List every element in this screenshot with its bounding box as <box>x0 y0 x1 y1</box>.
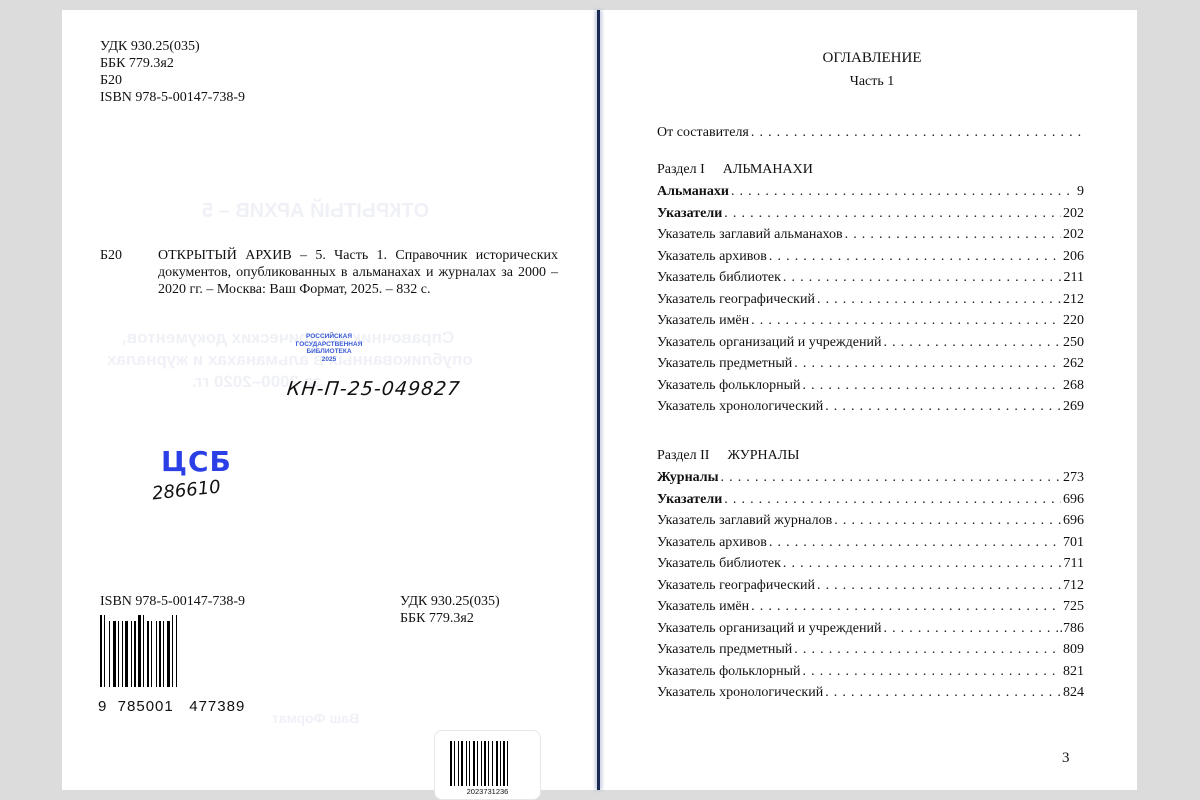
toc-entry-label: Указатели <box>657 492 722 508</box>
toc-entry[interactable]: Указатель организаций и учреждений250 <box>657 335 1084 351</box>
page-number: 3 <box>1062 750 1070 767</box>
toc-entry[interactable]: Указатель предметный262 <box>657 356 1084 372</box>
toc-entry[interactable]: Журналы273 <box>657 470 1084 486</box>
toc-entry-label: Указатель организаций и учреждений <box>657 335 881 351</box>
toc-section-heading: Раздел IIЖУРНАЛЫ <box>657 448 799 464</box>
toc-entry-label: Указатель архивов <box>657 535 767 551</box>
dot-leader <box>883 621 1057 637</box>
dot-leader <box>883 335 1061 351</box>
dot-leader <box>724 492 1061 508</box>
toc-section-heading: Раздел IАЛЬМАНАХИ <box>657 162 813 178</box>
toc-entry[interactable]: Указатель географический212 <box>657 292 1084 308</box>
toc-entry[interactable]: Указатели696 <box>657 492 1084 508</box>
isbn-bottom: ISBN 978-5-00147-738-9 <box>100 593 245 610</box>
dot-leader <box>803 664 1061 680</box>
toc-entry-label: Указатель организаций и учреждений <box>657 621 881 637</box>
classification-codes-bottom: УДК 930.25(035) ББК 779.3я2 <box>400 593 500 627</box>
stamp-line: РОССИЙСКАЯ <box>284 333 374 341</box>
dot-leader <box>794 356 1061 372</box>
toc-entry[interactable]: Указатель фольклорный821 <box>657 664 1084 680</box>
toc-part: Часть 1 <box>657 74 1087 90</box>
toc-entry-page: 250 <box>1063 335 1084 351</box>
toc-entry-label: Указатель имён <box>657 313 749 329</box>
toc-entry-label: Указатель предметный <box>657 356 792 372</box>
toc-entry-label: Указатель предметный <box>657 642 792 658</box>
dot-leader <box>721 470 1061 486</box>
toc-entry-label: Указатель хронологический <box>657 685 823 701</box>
toc-entry-page: 696 <box>1063 492 1084 508</box>
toc-entry-label: Указатель имён <box>657 599 749 615</box>
toc-entry[interactable]: Указатель географический712 <box>657 578 1084 594</box>
book-spread: УДК 930.25(035) ББК 779.3я2 Б20 ISBN 978… <box>62 10 1137 790</box>
toc-entry-page: 711 <box>1064 556 1084 572</box>
toc-entry[interactable]: Указатель заглавий журналов696 <box>657 513 1084 529</box>
toc-entry-page: 206 <box>1063 249 1084 265</box>
toc-entry[interactable]: Указатель фольклорный268 <box>657 378 1084 394</box>
dot-leader <box>794 642 1061 658</box>
toc-entry-page: 821 <box>1063 664 1084 680</box>
stamp-line: 2025 <box>284 356 374 364</box>
toc-entry[interactable]: Альманахи9 <box>657 184 1084 200</box>
dot-leader <box>834 513 1061 529</box>
isbn-barcode <box>100 612 250 687</box>
library-barcode-sticker: 2023731236 <box>434 730 541 800</box>
toc-title: ОГЛАВЛЕНИЕ <box>657 50 1087 67</box>
udk-code: УДК 930.25(035) <box>100 38 245 55</box>
toc-entry-label: От составителя <box>657 125 749 141</box>
toc-entry-label: Указатель библиотек <box>657 270 781 286</box>
toc-entry-label: Указатель географический <box>657 292 815 308</box>
author-mark: Б20 <box>100 72 245 89</box>
toc-entry-page: 220 <box>1063 313 1084 329</box>
toc-entry-page: 269 <box>1063 399 1084 415</box>
toc-entry[interactable]: Указатель архивов206 <box>657 249 1084 265</box>
toc-entry-page: .786 <box>1060 621 1085 637</box>
toc-entry[interactable]: Указатель имён220 <box>657 313 1084 329</box>
dot-leader <box>783 270 1062 286</box>
dot-leader <box>751 599 1061 615</box>
sticker-number: 2023731236 <box>435 787 540 796</box>
barcode-digits: 9 785001 477389 <box>98 698 245 715</box>
stamp-line: ГОСУДАРСТВЕННАЯ <box>284 341 374 349</box>
bbk-code-bottom: ББК 779.3я2 <box>400 610 500 627</box>
stamp-line: БИБЛИОТЕКА <box>284 348 374 356</box>
toc-entry-page: 202 <box>1063 227 1084 243</box>
isbn-top: ISBN 978-5-00147-738-9 <box>100 89 245 106</box>
toc-entry-page: 202 <box>1063 206 1084 222</box>
toc-entry-label: Указатель архивов <box>657 249 767 265</box>
dot-leader <box>724 206 1061 222</box>
toc-entry-page: 701 <box>1063 535 1084 551</box>
dot-leader <box>751 125 1082 141</box>
toc-entry-label: Указатель библиотек <box>657 556 781 572</box>
dot-leader <box>769 249 1061 265</box>
description-index: Б20 <box>100 247 122 264</box>
description-text: ОТКРЫТЫЙ АРХИВ – 5. Часть 1. Справочник … <box>158 247 558 298</box>
toc-entry-page: 9 <box>1077 184 1084 200</box>
dot-leader <box>825 685 1061 701</box>
toc-entry-page: 268 <box>1063 378 1084 394</box>
toc-entry[interactable]: Указатель библиотек711 <box>657 556 1084 572</box>
toc-entry-intro[interactable]: От составителя <box>657 125 1084 141</box>
dot-leader <box>817 292 1061 308</box>
dot-leader <box>803 378 1061 394</box>
toc-entry[interactable]: Указатели202 <box>657 206 1084 222</box>
dot-leader <box>751 313 1061 329</box>
toc-entry[interactable]: Указатель предметный809 <box>657 642 1084 658</box>
handwritten-inventory-number: КН-П-25-049827 <box>286 378 462 400</box>
toc-entry-label: Указатель заглавий журналов <box>657 513 832 529</box>
toc-entry-label: Указатель заглавий альманахов <box>657 227 843 243</box>
dot-leader <box>783 556 1062 572</box>
toc-entry[interactable]: Указатель библиотек211 <box>657 270 1084 286</box>
dot-leader <box>845 227 1061 243</box>
show-through-publisher: Ваш Формат <box>272 710 359 726</box>
toc-entry[interactable]: Указатель имён725 <box>657 599 1084 615</box>
bibliographic-description: Б20 ОТКРЫТЫЙ АРХИВ – 5. Часть 1. Справоч… <box>100 247 558 298</box>
toc-entry-label: Указатели <box>657 206 722 222</box>
toc-entry-page: 725 <box>1063 599 1084 615</box>
book-spine-gutter <box>597 10 600 790</box>
dot-leader <box>825 399 1061 415</box>
toc-entry[interactable]: Указатель заглавий альманахов202 <box>657 227 1084 243</box>
toc-entry[interactable]: Указатель организаций и учреждений.786 <box>657 621 1084 637</box>
toc-entry-label: Указатель географический <box>657 578 815 594</box>
classification-codes-top: УДК 930.25(035) ББК 779.3я2 Б20 ISBN 978… <box>100 38 245 106</box>
toc-entry-label: Журналы <box>657 470 719 486</box>
toc-entry[interactable]: Указатель архивов701 <box>657 535 1084 551</box>
sticker-barcode <box>450 741 511 786</box>
toc-entry-page: 262 <box>1063 356 1084 372</box>
udk-code-bottom: УДК 930.25(035) <box>400 593 500 610</box>
library-stamp: РОССИЙСКАЯ ГОСУДАРСТВЕННАЯ БИБЛИОТЕКА 20… <box>284 333 374 363</box>
dot-leader <box>817 578 1061 594</box>
toc-entry-page: 211 <box>1064 270 1084 286</box>
toc-entry-page: 273 <box>1063 470 1084 486</box>
dot-leader <box>731 184 1075 200</box>
toc-entry-page: 809 <box>1063 642 1084 658</box>
toc-entry-page: 696 <box>1063 513 1084 529</box>
toc-entry[interactable]: Указатель хронологический824 <box>657 685 1084 701</box>
toc-entry-label: Альманахи <box>657 184 729 200</box>
toc-entry[interactable]: Указатель хронологический269 <box>657 399 1084 415</box>
bbk-code: ББК 779.3я2 <box>100 55 245 72</box>
toc-entry-page: 824 <box>1063 685 1084 701</box>
csb-handwritten-number: 286610 <box>151 476 222 504</box>
toc-entry-label: Указатель фольклорный <box>657 664 801 680</box>
dot-leader <box>769 535 1061 551</box>
csb-stamp: ЦСБ <box>161 445 232 478</box>
show-through-title: ОТКРЫТЫЙ АРХИВ – 5 <box>202 200 429 223</box>
toc-entry-page: 712 <box>1063 578 1084 594</box>
toc-entry-label: Указатель хронологический <box>657 399 823 415</box>
toc-entry-page: 212 <box>1063 292 1084 308</box>
toc-entry-label: Указатель фольклорный <box>657 378 801 394</box>
